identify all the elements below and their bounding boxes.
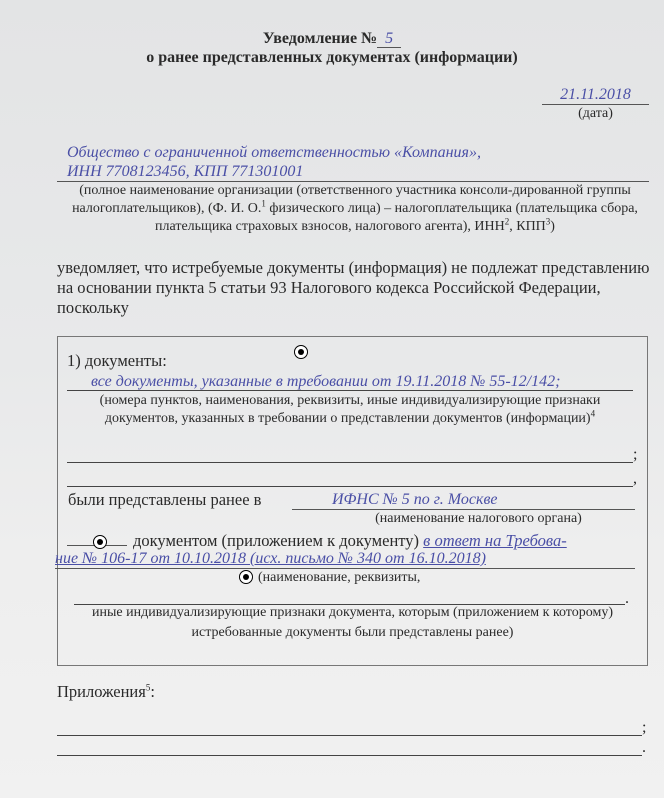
organization-field[interactable]: Общество с ограниченной ответственностью…: [67, 143, 647, 182]
requisites-note-tail: иные индивидуализирующие признаки докуме…: [70, 603, 635, 643]
section-documents-label: 1) документы:: [67, 351, 167, 371]
document-field-part2[interactable]: ние № 106-17 от 10.10.2018 (исх. письмо …: [55, 550, 635, 569]
organization-line2: ИНН 7708123456, КПП 771301001: [57, 162, 649, 182]
footnote-ref-4: 4: [591, 408, 596, 418]
statement-paragraph: уведомляет, что истребуемые документы (и…: [57, 258, 657, 318]
date-field[interactable]: 21.11.2018: [542, 86, 649, 105]
notice-title-prefix: Уведомление №: [263, 30, 377, 47]
notice-subtitle: о ранее представленных документах (инфор…: [0, 49, 664, 67]
line-end-comma: ,: [633, 470, 637, 488]
documents-note: (номера пунктов, наименования, реквизиты…: [67, 392, 633, 428]
cursor-marker-icon: [239, 570, 253, 584]
appendix-line-end-2: .: [642, 739, 646, 757]
appendix-line-end-1: ;: [642, 719, 646, 737]
line-end-semicolon: ;: [633, 446, 637, 464]
notice-title: Уведомление №5: [0, 30, 664, 48]
organization-line1: Общество с ограниченной ответственностью…: [67, 144, 481, 161]
tax-authority-note: (наименование налогового органа): [292, 511, 635, 527]
previously-submitted-label: были представлены ранее в: [68, 490, 261, 510]
appendices-label: Приложения5:: [57, 682, 155, 702]
document-row: документом (приложением к документу) в о…: [67, 531, 637, 550]
requisites-note-head: (наименование, реквизиты,: [258, 570, 420, 586]
document-field-part2-text: ние № 106-17 от 10.10.2018 (исх. письмо …: [55, 550, 486, 567]
documents-blank-line-1[interactable]: [67, 446, 633, 463]
appendix-line-2[interactable]: [57, 739, 642, 756]
notice-number-field[interactable]: 5: [377, 31, 401, 48]
org-note-text-4: ): [550, 219, 555, 234]
org-note-text-3: , КПП: [509, 219, 546, 234]
cursor-marker-icon: [294, 345, 308, 359]
cursor-marker-icon: [93, 535, 107, 549]
document-field-part1[interactable]: в ответ на Требова-: [423, 531, 567, 550]
organization-note: (полное наименование организации (ответс…: [60, 182, 650, 236]
appendices-label-text: Приложения: [57, 682, 146, 701]
documents-note-text: (номера пунктов, наименования, реквизиты…: [100, 393, 601, 426]
tax-authority-field[interactable]: ИФНС № 5 по г. Москве: [292, 490, 635, 510]
documents-blank-line-2[interactable]: [67, 470, 633, 487]
appendix-line-1[interactable]: [57, 719, 642, 736]
documents-field[interactable]: все документы, указанные в требовании от…: [67, 373, 633, 391]
document-label: документом (приложением к документу): [133, 531, 419, 550]
appendices-colon: :: [150, 682, 155, 701]
date-label: (дата): [542, 106, 649, 122]
